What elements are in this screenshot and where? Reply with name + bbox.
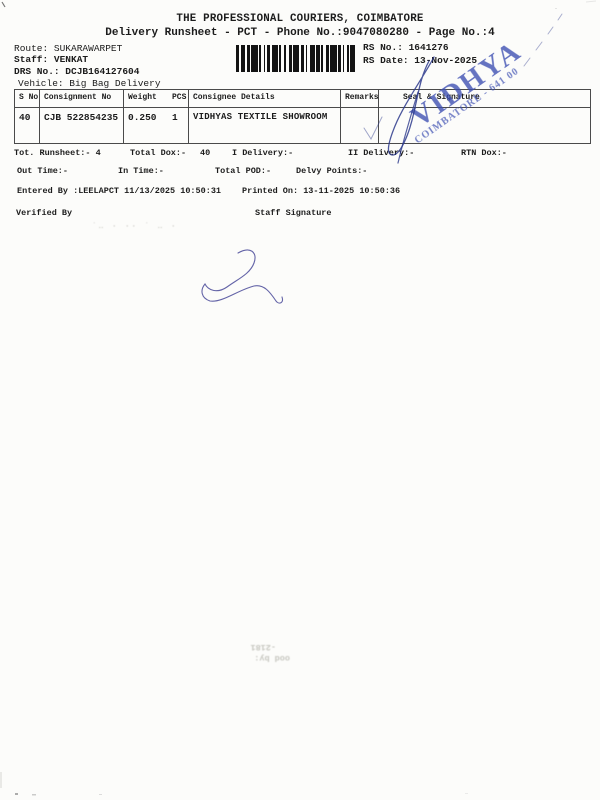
- ink-overlay: [0, 0, 600, 800]
- signature-scribble: [202, 250, 282, 303]
- scanned-runsheet-page: { "header": { "title": "THE PROFESSIONAL…: [0, 0, 600, 800]
- seal-signature-scribble: [364, 14, 562, 163]
- scan-specks: [2, 1, 596, 796]
